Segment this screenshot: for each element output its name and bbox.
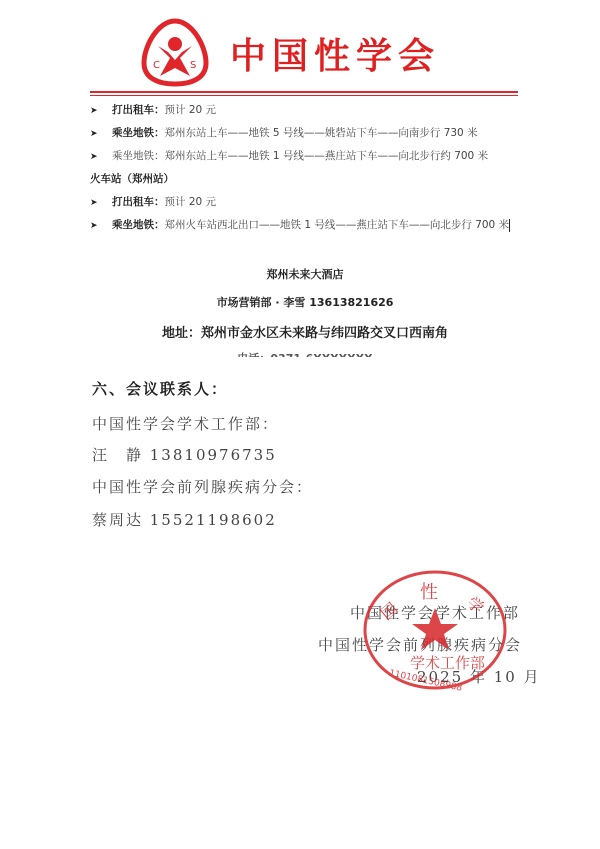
hotel-name: 郑州未来大酒店	[90, 266, 520, 282]
arrow-bullet-icon: ➤	[90, 129, 112, 139]
letterhead: C S 中国性学会	[130, 14, 470, 94]
svg-text:S: S	[190, 60, 196, 71]
transport-info-image: ➤打出租车：预计 20 元 ➤乘坐地铁：郑州东站上车——地铁 5 号线——姚砦站…	[90, 98, 520, 358]
arrow-bullet-icon: ➤	[90, 221, 112, 231]
svg-text:性: 性	[420, 582, 438, 603]
signature-date: 2025 年 10 月	[417, 666, 541, 687]
contact-line: 中国性学会前列腺疾病分会：	[92, 476, 313, 497]
svg-text:C: C	[153, 60, 160, 71]
section-heading: 六、会议联系人：	[92, 378, 228, 399]
train-station-heading: 火车站（郑州站）	[90, 171, 174, 186]
arrow-bullet-icon: ➤	[90, 106, 112, 116]
arrow-bullet-icon: ➤	[90, 152, 112, 162]
list-item: ➤打出租车：预计 20 元	[90, 194, 216, 209]
contact-line: 中国性学会学术工作部：	[92, 413, 279, 434]
signature-org-2: 中国性学会前列腺疾病分会	[318, 634, 522, 655]
list-item: ➤乘坐地铁：郑州东站上车——地铁 1 号线——燕庄站下车——向北步行约 700 …	[90, 148, 488, 163]
contact-line: 汪 静 13810976735	[92, 444, 277, 465]
contact-line: 蔡周达 15521198602	[92, 509, 277, 530]
hotel-phone-cropped: 电话：0371-6XXXXXXX	[90, 350, 520, 357]
list-item: ➤打出租车：预计 20 元	[90, 102, 216, 117]
list-item: ➤乘坐地铁：郑州东站上车——地铁 5 号线——姚砦站下车——向南步行 730 米	[90, 125, 478, 140]
signature-org-1: 中国性学会学术工作部	[350, 602, 520, 623]
hotel-contact: 市场营销部 · 李雪 13613821626	[90, 294, 520, 310]
csa-logo-icon: C S	[140, 18, 210, 88]
org-title: 中国性学会	[230, 28, 440, 79]
arrow-bullet-icon: ➤	[90, 198, 112, 208]
list-item: ➤乘坐地铁：郑州火车站西北出口——地铁 1 号线——燕庄站下车——向北步行 70…	[90, 217, 510, 232]
text-cursor	[509, 219, 510, 232]
hotel-address: 地址：郑州市金水区未来路与纬四路交叉口西南角	[90, 322, 520, 341]
header-divider	[90, 91, 518, 96]
